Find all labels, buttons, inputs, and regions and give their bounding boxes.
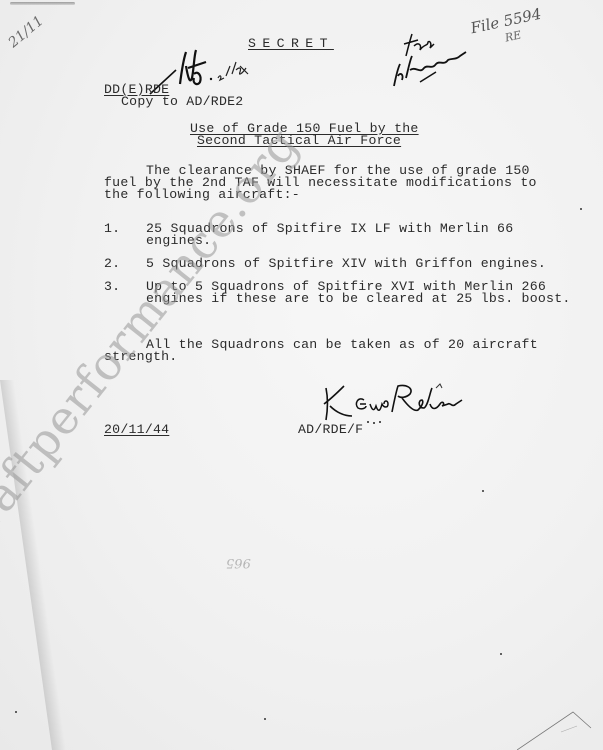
list-item-number: 2. <box>104 258 120 270</box>
classification-heading: SECRET <box>248 38 334 50</box>
paper-speck <box>264 718 266 720</box>
copy-to-line: Copy to AD/RDE2 <box>121 96 243 108</box>
list-item-number: 1. <box>104 223 120 235</box>
pencil-page-number: 965 <box>226 555 251 570</box>
paper-speck <box>15 711 17 713</box>
list-item-text: engines if these are to be cleared at 25… <box>146 293 571 305</box>
margin-date-note: 21/11 <box>6 13 47 51</box>
author-signature-icon <box>318 382 503 427</box>
scanned-memo-page: 21/11 File 5594 RE 965 SECRET DD(E)RDE C… <box>0 0 603 750</box>
file-ref-note: RE <box>504 28 523 44</box>
paper-speck <box>500 653 502 655</box>
paper-speck <box>580 208 582 210</box>
list-item-number: 3. <box>104 281 120 293</box>
closing-paragraph-line: All the Squadrons can be taken as of 20 … <box>146 339 538 351</box>
page-edge-shadow <box>10 2 75 5</box>
paper-speck <box>482 490 484 492</box>
document-date: 20/11/44 <box>104 424 169 436</box>
corner-fold-icon <box>517 710 597 750</box>
reviewer-signature-icon <box>390 30 470 90</box>
originating-office: AD/RDE/F <box>298 424 363 436</box>
